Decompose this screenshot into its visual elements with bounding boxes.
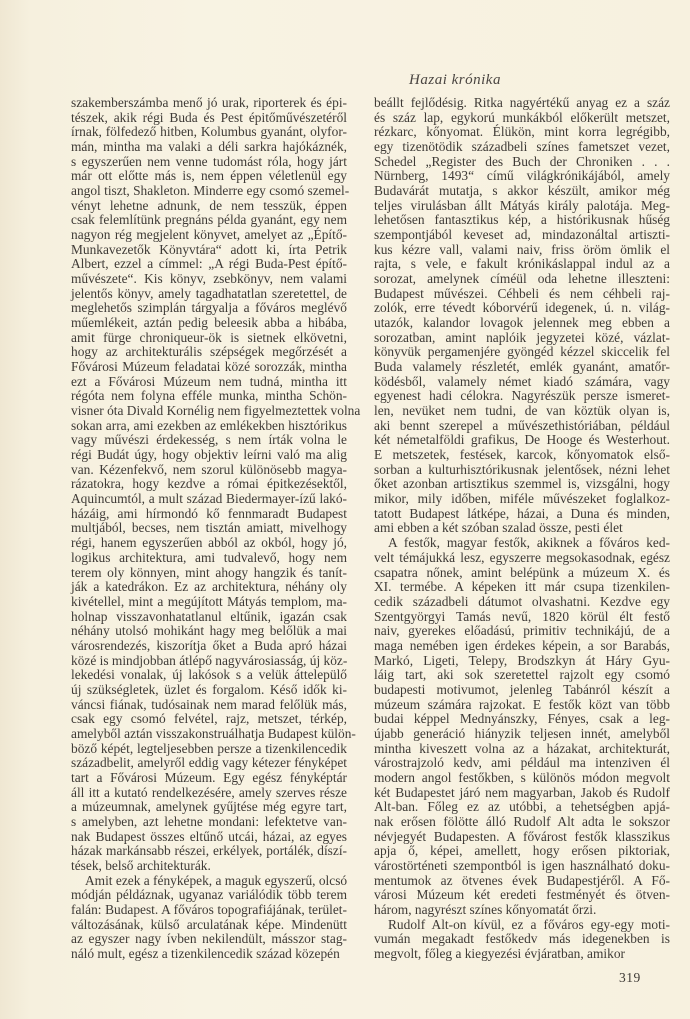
text-line: Munkavezetők Könyvtára“ adott ki, írta P… <box>71 243 347 258</box>
text-line: két németalföldi grafikus, De Hooge és W… <box>374 433 670 448</box>
text-line: néhány utolsó mohikánt hagy meg belőlük … <box>71 624 347 639</box>
text-line: várostörténeti szempontból is igen haszn… <box>374 859 670 874</box>
text-line: tart a Fővárosi Múzeum. Egy egész fényké… <box>71 771 347 786</box>
text-line: sorozat, amelynek címéül oda lehetne ill… <box>374 272 670 287</box>
text-line: az egyszer nagy ívben nekilendült, mássz… <box>71 932 347 947</box>
text-line: visner óta Divald Kornélig nem figyelmez… <box>71 404 347 419</box>
text-line: egy tizenötödik századbeli színes famets… <box>374 140 670 155</box>
text-line: Alt-ban. Főleg ez az utóbbi, a tehetségb… <box>374 800 670 815</box>
text-line: logikus architektura, ami tudvalevő, hog… <box>71 551 347 566</box>
text-line: s egyszerűen nem venne tudomást róla, ho… <box>71 155 347 170</box>
text-line: váncsi fiának, tudósainak nem marad felő… <box>71 698 347 713</box>
text-line: és száz lap, egykorú munkákból előkerült… <box>374 111 670 126</box>
text-line: E metszetek, festések, karcok, kőnyomato… <box>374 448 670 463</box>
text-line: rajta, s vele, e fakult krónikáslappal i… <box>374 257 670 272</box>
text-line: névjegyét Budapesten. A fővárost festők … <box>374 830 670 845</box>
text-line: egyenest hadi célokra. Nagyrészük persze… <box>374 389 670 404</box>
text-line: századbelit, amelyről eddig vagy kétezer… <box>71 756 347 771</box>
text-line: várostrajzoló kedv, ami például ma inten… <box>374 756 670 771</box>
text-line: Budapest művészei. Céhbeli és nem céhbel… <box>374 287 670 302</box>
text-line: áll itt a kutató rendelkezésére, amely s… <box>71 786 347 801</box>
text-line: zolók, erre tévedt kóborvérű idegenek, ú… <box>374 301 670 316</box>
text-line: hogy az architekturális szépségek megőrz… <box>71 345 347 360</box>
text-line: megvolt, főleg a kiegyezési évjáratban, … <box>374 947 670 962</box>
text-column-right: beállt fejlődésig. Ritka nagyértékű anya… <box>374 96 670 962</box>
text-line: tések, belső architekturák. <box>71 859 347 874</box>
text-line: csak felemlítünk pregnáns példa gyanánt,… <box>71 213 347 228</box>
text-line: láig tart, aki sok szeretettel rajzolt e… <box>374 668 670 683</box>
text-line: rézkarc, kőnyomat. Élükön, mint korra le… <box>374 125 670 140</box>
text-line: meglehetős szimplán tárgyalja a főváros … <box>71 301 347 316</box>
text-line: vényt lehetne adnunk, de nem tesszük, ép… <box>71 199 347 214</box>
text-line: Aquincumtól, a mult század Biedermayer-í… <box>71 492 347 507</box>
text-line: városi Múzeum két eredeti festményét és … <box>374 888 670 903</box>
text-line: házáig, ami hírmondó kő fennmaradt Budap… <box>71 507 347 522</box>
text-line: újabb generáció hiányzik teljesen innét,… <box>374 727 670 742</box>
text-line: műemlékeit, aztán pedig beleesik abba a … <box>71 316 347 331</box>
text-line: Budavárát mutatja, s akkor készült, amik… <box>374 184 670 199</box>
running-head: Hazai krónika <box>0 72 690 89</box>
text-line: szempontjából keveset ad, mindazonáltal … <box>374 228 670 243</box>
text-line: már ott előtte más is, nem éppen véletle… <box>71 169 347 184</box>
text-line: két Budapestet járó nem magyarban, Jakob… <box>374 786 670 801</box>
text-line: szakemberszámba menő jó urak, riporterek… <box>71 96 347 111</box>
text-line: rázatokra, hogy kezdve a római épitkezés… <box>71 477 347 492</box>
text-line: utazók, kalandor lovagok jelennek meg eb… <box>374 316 670 331</box>
text-line: írnak, fölfedező hitben, Kolumbus gyanán… <box>71 125 347 140</box>
text-line: csapatra nőnek, amint belépünk a múzeum … <box>374 566 670 581</box>
text-line: s amelyben, azt lehetne mondani: lefekte… <box>71 815 347 830</box>
text-line: kus kézre vall, valami naiv, friss öröm … <box>374 243 670 258</box>
text-line: falán: Budapest. A főváros topografiáján… <box>71 903 347 918</box>
text-line: budai képpel Mednyánszky, Fényes, csak a… <box>374 712 670 727</box>
text-line: terem oly könnyen, mint ahogy hangzik és… <box>71 566 347 581</box>
text-line: mikor, mily időben, miféle művészeket fo… <box>374 492 670 507</box>
text-line: amelyből aztán visszakonstruálhatja Buda… <box>71 727 347 742</box>
text-line: Rudolf Alt-on kívül, ez a főváros egy-eg… <box>374 918 670 933</box>
text-line: modern angol festőkben, s különös módon … <box>374 771 670 786</box>
text-line: ják a katedrákon. Ez az architektura, né… <box>71 580 347 595</box>
text-line: mintha kiveszett volna az a házakat, arc… <box>374 742 670 757</box>
text-line: jelentős könyv, amely tagadhatatlan szer… <box>71 287 347 302</box>
text-line: mán, mintha ma valaki a déli sarkra hajó… <box>71 140 347 155</box>
page-number: 319 <box>619 970 641 986</box>
text-line: nak Budapest összes eltűnő utcái, házai,… <box>71 830 347 845</box>
text-line: múzeum számára rajzokat. E festők közt v… <box>374 698 670 713</box>
text-line: ezt a Fővárosi Múzeum nem tudná, mintha … <box>71 375 347 390</box>
text-line: lehetősen fantasztikus kép, a histórikus… <box>374 213 670 228</box>
text-line: Szentgyörgyi Tamás nevű, 1820 körül élt … <box>374 610 670 625</box>
text-line: böző képét, legteljesebben persze a tize… <box>71 742 347 757</box>
text-line: nak erősen fölötte álló Rudolf Alt adta … <box>374 815 670 830</box>
text-line: tészek, akik régi Buda és Pest épitőművé… <box>71 111 347 126</box>
text-line: a múzeumnak, amelynek gyűjtése még egyre… <box>71 800 347 815</box>
text-line: városrendezés, kiszorítja őket a Buda ap… <box>71 639 347 654</box>
text-line: XI. termébe. A képeken itt már csupa tiz… <box>374 580 670 595</box>
text-line: mentumok az ötvenes évek Budapestjéről. … <box>374 874 670 889</box>
text-line: van. Kézenfekvő, nem szorul különösebb m… <box>71 463 347 478</box>
text-line: őket azonban artisztikus szemmel is, viz… <box>374 477 670 492</box>
text-line: multjából, becses, nem tisztán amiatt, m… <box>71 521 347 536</box>
text-line: holnap visszavonhatatlanul eltűnik, igaz… <box>71 610 347 625</box>
text-line: csak egy csomó felvétel, rajz, metszet, … <box>71 712 347 727</box>
text-line: apja ő, képei, amellett, hogy erősen pik… <box>374 844 670 859</box>
text-line: változásának, külső arculatának képe. Mi… <box>71 918 347 933</box>
text-line: sorban a kulturhisztórikusnak jelentősek… <box>374 463 670 478</box>
text-line: tatott Budapest látképe, házai, a Duna é… <box>374 507 670 522</box>
text-line: vumán megakadt festőkedv más idegenekben… <box>374 932 670 947</box>
text-line: Markó, Ligeti, Telepy, Brodszkyn át Háry… <box>374 654 670 669</box>
text-line: len, nevüket nem tudni, de van köztük ol… <box>374 404 670 419</box>
text-line: náló mult, egész a tizenkilencedik száza… <box>71 947 347 962</box>
text-line: nagyon rég megjelent könyvet, amelyet az… <box>71 228 347 243</box>
text-line: vagy művészi érdekesség, s nem írták vol… <box>71 433 347 448</box>
text-line: teljes virulásban állt Mátyás király pal… <box>374 199 670 214</box>
text-line: három, nagyrészt színes kőnyomatát őrzi. <box>374 903 670 918</box>
text-line: Fővárosi Múzeum feladatai közé sorozzák,… <box>71 360 347 375</box>
text-line: angol tiszt, Shakleton. Minderre egy cso… <box>71 184 347 199</box>
text-line: régóta nem folyna efféle munka, mintha S… <box>71 389 347 404</box>
text-column-left: szakemberszámba menő jó urak, riporterek… <box>71 96 347 962</box>
text-line: könyvük pergamenjére gyöngéd kézzel skic… <box>374 345 670 360</box>
text-line: naiv, gyerekes előadású, primitiv techni… <box>374 624 670 639</box>
text-line: módján példáznak, ugyanaz variálódik töb… <box>71 888 347 903</box>
text-line: Schedel „Register des Buch der Chroniken… <box>374 155 670 170</box>
text-line: régi Budát úgy, hogy objektiv leírni val… <box>71 448 347 463</box>
text-line: amit fürge chroniqueur-ök is sietnek elk… <box>71 331 347 346</box>
text-line: Nürnberg, 1493“ című világkrónikájából, … <box>374 169 670 184</box>
text-line: Buda valamely részletét, emlék gyanánt, … <box>374 360 670 375</box>
text-line: új szükségletek, üzlet és forgalom. Késő… <box>71 683 347 698</box>
text-line: lekedési vonalak, új lakósok s a velük á… <box>71 668 347 683</box>
text-line: ködésből, valamely német kiadó számára, … <box>374 375 670 390</box>
text-line: velt témájukká lesz, egyszerre megsokaso… <box>374 551 670 566</box>
text-line: kivétellel, mint a megújított Mátyás tem… <box>71 595 347 610</box>
text-line: cedik századbeli dátumot olvashatni. Kez… <box>374 595 670 610</box>
text-line: aki bennt szerepel a művészethistóriában… <box>374 419 670 434</box>
text-line: budapesti motivumot, jelenleg Tabánról k… <box>374 683 670 698</box>
text-line: közé is mindjobban átlépő nagyvárosiassá… <box>71 654 347 669</box>
text-line: Albert, ezzel a címmel: „A régi Buda-Pes… <box>71 257 347 272</box>
text-line: A festők, magyar festők, akiknek a fővár… <box>374 536 670 551</box>
text-line: ami ebben a két szóban szalad össze, pes… <box>374 521 670 536</box>
text-line: régi, hanem egyszerűen abból az okból, h… <box>71 536 347 551</box>
text-line: maga nemében igen érdekes képein, a sor … <box>374 639 670 654</box>
text-line: beállt fejlődésig. Ritka nagyértékű anya… <box>374 96 670 111</box>
text-line: művészete“. Kis könyv, zsebkönyv, nem va… <box>71 272 347 287</box>
text-line: házak markánsabb részei, erkélyek, portá… <box>71 844 347 859</box>
text-line: sorozatban, amint naplóik jegyzetei közé… <box>374 331 670 346</box>
text-line: sokan arra, ami ezekben az emlékekben hi… <box>71 419 347 434</box>
text-line: Amit ezek a fényképek, a maguk egyszerű,… <box>71 874 347 889</box>
document-page: Hazai krónika szakemberszámba menő jó ur… <box>0 0 690 1019</box>
